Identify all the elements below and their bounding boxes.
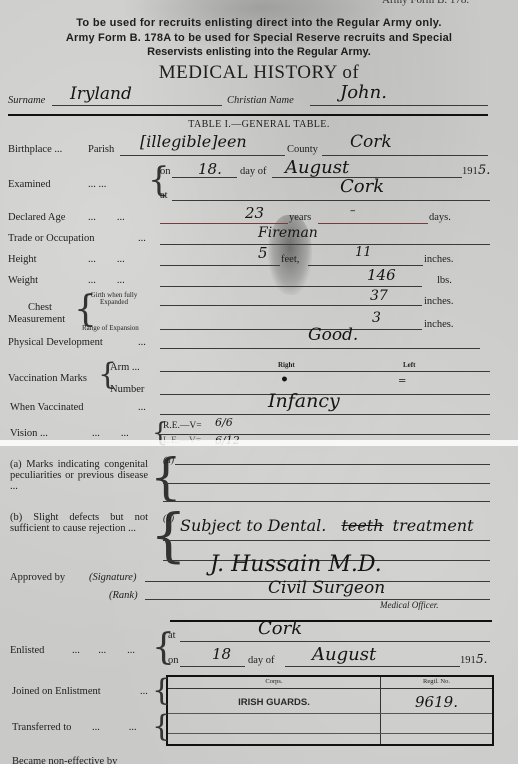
signature-value: J. Hussain M.D.	[210, 552, 382, 577]
enlisted-month: August	[312, 644, 376, 665]
transferred-brace: {	[152, 712, 171, 742]
approved-by-label: Approved by	[10, 572, 65, 583]
surname-label: Surname	[8, 95, 45, 106]
age-years-value: 23	[245, 204, 264, 222]
surname-value: Iryland	[70, 84, 132, 104]
weight-unit: lbs.	[437, 275, 452, 286]
enlisted-at-label: at	[168, 630, 176, 641]
transferred-to-label: Transferred to	[12, 722, 71, 733]
birthplace-label: Birthplace ...	[8, 144, 62, 155]
enlisted-day: 18	[212, 645, 231, 663]
examined-year-suffix: 5.	[478, 163, 490, 178]
when-vaccinated-value: Infancy	[268, 390, 340, 412]
joined-on-enlistment-label: Joined on Enlistment	[12, 686, 101, 697]
examined-place: Cork	[340, 176, 384, 197]
examined-dots: ... ...	[88, 179, 106, 190]
examined-year-prefix: 191	[462, 166, 478, 177]
number-label: Number	[110, 384, 144, 395]
examined-on-label: on	[160, 166, 171, 177]
regt-header: Regtl. No.	[381, 678, 492, 685]
days-label: days.	[429, 212, 451, 223]
re-value: 6/6	[215, 416, 233, 429]
medical-officer-label: Medical Officer.	[380, 600, 438, 610]
signature-label: (Signature)	[89, 572, 136, 583]
joined-regt-value: 9619.	[381, 693, 492, 711]
corps-table: Corps. Regtl. No. IRISH GUARDS. 9619.	[166, 675, 494, 746]
vaccination-label: Vaccination Marks	[8, 373, 87, 384]
enlisted-place: Cork	[258, 618, 302, 639]
header-line-2: Army Form B. 178A to be used for Special…	[0, 32, 518, 44]
marks-a-label: (a) Marks indicating congenital peculiar…	[10, 459, 148, 492]
weight-label: Weight	[8, 275, 38, 286]
declared-age-label: Declared Age	[8, 212, 65, 223]
when-vaccinated-label: When Vaccinated	[10, 402, 84, 413]
vision-label: Vision ...	[10, 428, 48, 439]
inches-label: inches.	[424, 254, 453, 265]
vaccination-left-value: =	[398, 376, 406, 387]
rank-label: (Rank)	[109, 590, 138, 601]
marks-b-label: (b) Slight defects but not sufficient to…	[10, 512, 148, 534]
enlisted-label: Enlisted	[10, 645, 44, 656]
enlisted-day-of-label: day of	[248, 655, 275, 666]
christian-name-label: Christian Name	[227, 95, 294, 106]
girth-label: Girth when fully Expanded	[82, 292, 146, 306]
trade-value: Fireman	[258, 225, 318, 241]
feet-label: feet,	[281, 254, 299, 265]
county-label: County	[287, 144, 318, 155]
vaccination-right-value: •	[280, 372, 289, 388]
examined-label: Examined	[8, 179, 51, 190]
parish-value: [illegible]een	[140, 132, 247, 151]
years-label: years	[289, 212, 311, 223]
marks-b-tag: (b)	[163, 514, 174, 524]
examined-day-of-label: day of	[240, 166, 267, 177]
examined-at-label: at	[160, 190, 168, 201]
height-feet-value: 5	[258, 244, 268, 262]
re-label: R.E.—V=	[163, 421, 202, 431]
enlisted-year-suffix: 5.	[476, 652, 487, 666]
enlisted-year-prefix: 191	[460, 655, 476, 666]
right-label: Right	[278, 361, 295, 369]
rank-value: Civil Surgeon	[268, 578, 385, 598]
christian-name-value: John.	[340, 82, 387, 103]
joined-brace: {	[152, 676, 171, 706]
parish-label: Parish	[88, 144, 114, 155]
form-reference: Army Form B. 178.	[382, 0, 469, 6]
table-title: TABLE I.—GENERAL TABLE.	[0, 119, 518, 130]
measurement-label: Measurement	[8, 314, 65, 325]
trade-label: Trade or Occupation	[8, 233, 95, 244]
non-effective-label: Became non-effective by	[12, 756, 117, 764]
corps-header: Corps.	[168, 678, 380, 685]
height-inches-value: 11	[355, 245, 372, 260]
marks-b-text-end: treatment	[393, 516, 474, 535]
physical-development-label: Physical Development	[8, 337, 103, 348]
girth-unit: inches.	[424, 296, 453, 307]
examined-day: 18.	[198, 160, 222, 178]
height-label: Height	[8, 254, 37, 265]
header-line-3: Reservists enlisting into the Regular Ar…	[0, 46, 518, 58]
weight-value: 146	[367, 266, 396, 284]
range-unit: inches.	[424, 319, 453, 330]
enlisted-on-label: on	[168, 655, 179, 666]
physical-development-value: Good.	[308, 325, 358, 345]
county-value: Cork	[350, 132, 392, 152]
document-title: MEDICAL HISTORY of	[0, 62, 518, 84]
examined-month: August	[285, 157, 349, 178]
chest-label: Chest	[28, 302, 52, 313]
range-label: Range of Expansion	[82, 324, 139, 332]
marks-a-tag: (a)	[163, 456, 174, 466]
header-line-1: To be used for recruits enlisting direct…	[0, 17, 518, 29]
range-value: 3	[372, 310, 381, 326]
joined-corps-value: IRISH GUARDS.	[168, 697, 380, 708]
marks-b-text-struck: teeth	[341, 516, 383, 535]
girth-value: 37	[370, 288, 388, 304]
marks-b-text-start: Subject to Dental.	[180, 516, 326, 535]
fold-crease	[0, 440, 518, 446]
age-days-value: –	[350, 204, 356, 217]
marks-b-value: Subject to Dental. teeth treatment	[180, 516, 474, 535]
left-label: Left	[403, 361, 415, 369]
